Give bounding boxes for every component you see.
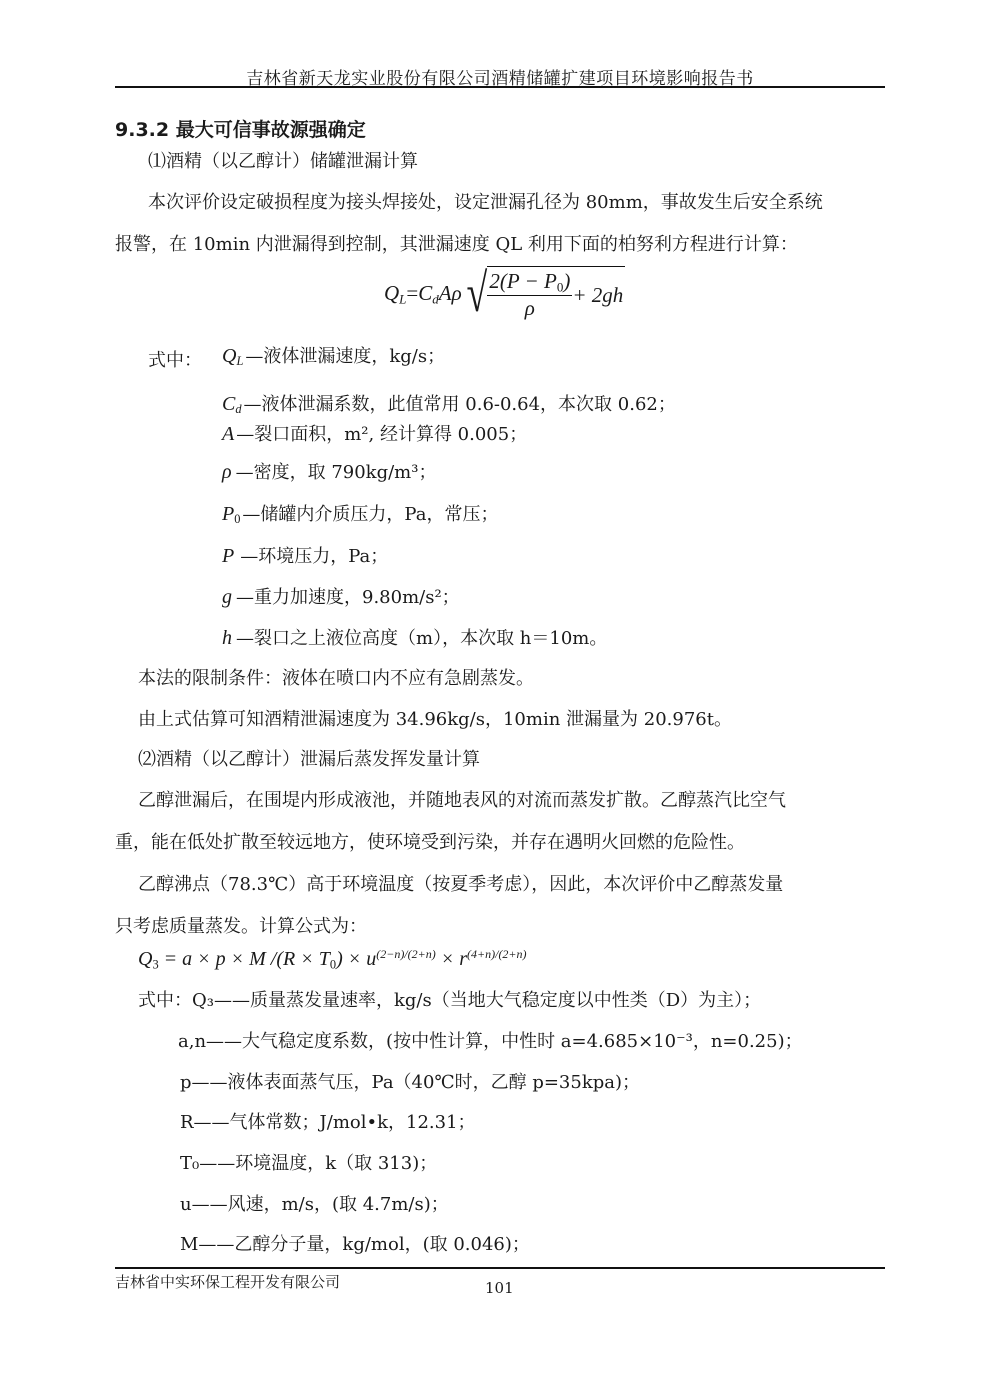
limitation-text: 本法的限制条件：液体在喷口内不应有急剧蒸发。 [138, 670, 534, 688]
variable-row-m: M——乙醇分子量，kg/mol，(取 0.046)； [180, 1236, 530, 1254]
part2-heading: ⑵酒精（以乙醇计）泄漏后蒸发挥发量计算 [138, 751, 480, 769]
variable-symbol: Cd [222, 394, 242, 416]
variable-symbol: g [222, 587, 232, 607]
fraction-numerator: 2(P − P0) [487, 269, 572, 296]
variable-description: —液体泄漏系数，此值常用 0.6-0.64，本次取 0.62； [244, 396, 676, 414]
variable-description: —环境压力，Pa； [240, 548, 388, 566]
header-divider [115, 86, 885, 88]
variable-row-p0: P0 —储罐内介质压力，Pa，常压； [222, 504, 498, 526]
variable-description: —储罐内介质压力，Pa，常压； [242, 506, 498, 524]
part2-para1-line1: 乙醇泄漏后，在围堤内形成液池，并随地表风的对流而蒸发扩散。乙醇蒸汽比空气 [138, 792, 786, 810]
variable-row-cd: Cd —液体泄漏系数，此值常用 0.6-0.64，本次取 0.62； [222, 394, 676, 416]
variable-row-q3: 式中： Q₃——质量蒸发量速率，kg/s（当地大气稳定度以中性类（D）为主）； [138, 992, 761, 1010]
variable-description: —裂口之上液位高度（m），本次取 h＝10m。 [236, 630, 607, 648]
formula-lhs: QL [384, 281, 406, 307]
variable-symbol: P0 [222, 504, 240, 526]
part1-intro-line1: 本次评价设定破损程度为接头焊接处，设定泄漏孔径为 80mm，事故发生后安全系统 [148, 194, 823, 212]
variable-row-ql: QL —液体泄漏速度，kg/s； [222, 346, 445, 368]
part2-para1-line2: 重，能在低处扩散至较远地方，使环境受到污染，并存在遇明火回燃的危险性。 [115, 834, 745, 852]
part2-para2-line1: 乙醇沸点（78.3℃）高于环境温度（按夏季考虑），因此，本次评价中乙醇蒸发量 [138, 876, 783, 894]
part1-intro-line2: 报警，在 10min 内泄漏得到控制，其泄漏速度 QL 利用下面的柏努利方程进行… [115, 236, 798, 254]
page-number: 101 [485, 1279, 514, 1297]
variable-row-u: u——风速，m/s，(取 4.7m/s)； [180, 1196, 449, 1214]
variable-row-r: R——气体常数；J/mol•k，12.31； [180, 1114, 476, 1132]
variable-symbol: A [222, 424, 234, 444]
variable-symbol: h [222, 628, 232, 648]
radicand: 2(P − P0) ρ + 2gh [487, 266, 625, 321]
formula-coef: CdAρ [418, 281, 461, 307]
radical-sign-icon: √ [466, 266, 487, 321]
variable-symbol: ρ [222, 462, 232, 482]
variable-row-t0: T₀——环境温度，k（取 313)； [180, 1155, 437, 1173]
result-text: 由上式估算可知酒精泄漏速度为 34.96kg/s，10min 泄漏量为 20.9… [138, 711, 732, 729]
variable-row-a-n: a,n——大气稳定度系数，(按中性计算，中性时 a=4.685×10⁻³，n=0… [178, 1033, 803, 1051]
fraction: 2(P − P0) ρ [487, 269, 572, 321]
variable-row-g: g —重力加速度，9.80m/s²； [222, 587, 460, 607]
variable-description: —裂口面积，m², 经计算得 0.005； [236, 426, 527, 444]
section-title: 9.3.2 最大可信事故源强确定 [115, 115, 366, 142]
footer-company-name: 吉林省中实环保工程开发有限公司 [115, 1271, 340, 1292]
part2-para2-line2: 只考虑质量蒸发。计算公式为： [115, 918, 367, 936]
variable-description: —密度，取 790kg/m³； [236, 464, 437, 482]
variable-description: —液体泄漏速度，kg/s； [245, 348, 445, 366]
variable-symbol: QL [222, 346, 243, 368]
formula-equals: = [406, 281, 418, 306]
variable-symbol: P [222, 546, 234, 566]
part1-where-label: 式中： [148, 352, 202, 370]
variable-row-h: h —裂口之上液位高度（m），本次取 h＝10m。 [222, 628, 607, 648]
footer-divider [115, 1267, 885, 1269]
bernoulli-formula: QL = CdAρ √ 2(P − P0) ρ + 2gh [384, 266, 625, 321]
variable-row-p: P —环境压力，Pa； [222, 546, 388, 566]
part1-heading: ⑴酒精（以乙醇计）储罐泄漏计算 [148, 153, 418, 171]
variable-row-a: A —裂口面积，m², 经计算得 0.005； [222, 424, 527, 444]
part2-where-label: 式中： [138, 992, 192, 1010]
variable-row-rho: ρ —密度，取 790kg/m³； [222, 462, 436, 482]
variable-row-p-vapor: p——液体表面蒸气压，Pa（40℃时，乙醇 p=35kpa)； [180, 1074, 640, 1092]
variable-description: —重力加速度，9.80m/s²； [236, 589, 460, 607]
evaporation-formula: Q3 = a × p × M /(R × T0) × u(2−n)/(2+n) … [138, 947, 527, 972]
variable-description: Q₃——质量蒸发量速率，kg/s（当地大气稳定度以中性类（D）为主）； [192, 992, 761, 1010]
square-root: √ 2(P − P0) ρ + 2gh [462, 266, 626, 321]
fraction-denominator: ρ [487, 296, 572, 321]
formula-tail: + 2gh [572, 283, 625, 308]
